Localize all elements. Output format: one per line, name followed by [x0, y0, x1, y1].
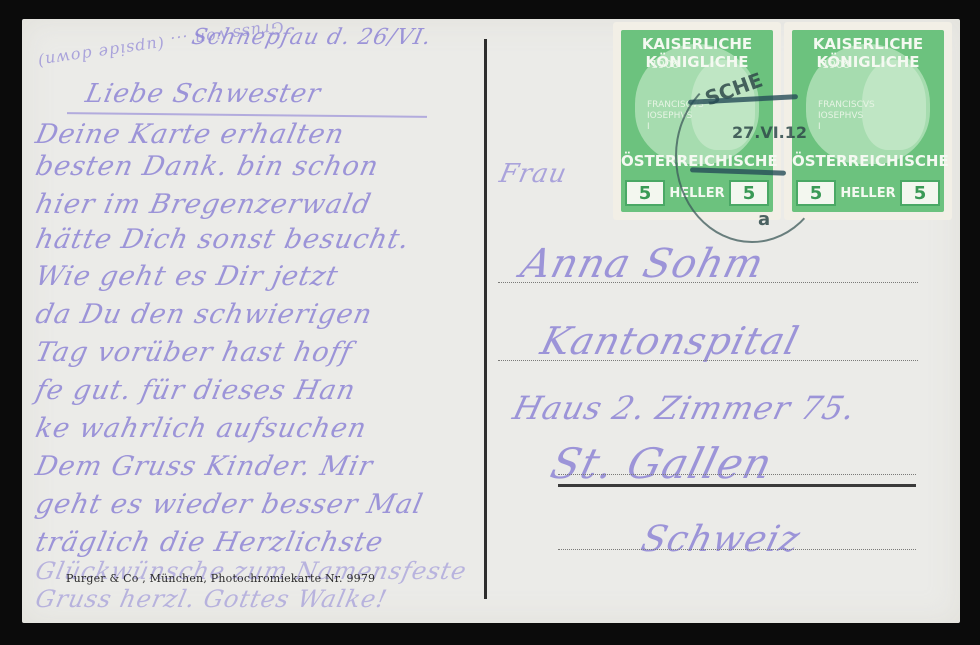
address-name: Anna Sohm: [516, 241, 769, 287]
address-line-4: [558, 549, 916, 550]
stamp-year: 1908: [822, 58, 850, 71]
message-line: ke wahrlich aufsuchen: [33, 413, 370, 444]
address-solid-line: [558, 484, 916, 487]
dateline: Schnepfau d. 26/VI.: [189, 25, 434, 50]
message-line: besten Dank. bin schon: [33, 151, 382, 182]
address-line1-text: Kantonspital: [537, 319, 804, 363]
address-city: St. Gallen: [546, 439, 778, 488]
message-line: Deine Karte erhalten: [33, 119, 348, 150]
message-line: geht es wieder besser Mal: [33, 489, 426, 520]
message-line: hätte Dich sonst besucht.: [33, 224, 413, 255]
address-country: Schweiz: [637, 519, 805, 560]
message-line: da Du den schwierigen: [33, 299, 376, 330]
address-line2-text: Haus 2. Zimmer 75.: [509, 389, 860, 427]
greeting-underline: [67, 112, 427, 118]
message-line: träglich die Herzlichste: [33, 527, 387, 558]
message-line: Tag vorüber hast hoff: [33, 337, 355, 368]
message-line: fe gut. für dieses Han: [33, 375, 359, 406]
greeting: Liebe Schwester: [83, 79, 324, 109]
stamp-year: 1908: [651, 58, 679, 71]
message-line: Wie geht es Dir jetzt: [33, 261, 342, 292]
postmark-suffix: a: [758, 209, 770, 230]
postcard: Gruss von ... (upside down) Schnepfau d.…: [22, 19, 960, 623]
address-line-2: [498, 360, 918, 361]
stamp-denomination: HELLER: [840, 180, 896, 206]
stamp-ring-text: KAISERLICHE KÖNIGLICHE: [792, 35, 944, 71]
center-divider: [484, 39, 487, 599]
postmark-date: 27.VI.12: [732, 123, 807, 142]
address-line-1: [498, 282, 918, 283]
address-line-3: [558, 474, 916, 475]
stamp-value-left: 5: [625, 180, 665, 206]
message-line: Dem Gruss Kinder. Mir: [33, 451, 376, 482]
address-salutation: Frau: [497, 159, 570, 189]
printer-imprint: Purger & Co , München, Photochromiekarte…: [66, 572, 375, 585]
stamp-value-right: 5: [900, 180, 940, 206]
message-line: Gruss herzl. Gottes Walke!: [33, 585, 390, 613]
stamp-ring-text: KAISERLICHE KÖNIGLICHE: [621, 35, 773, 71]
message-line: hier im Bregenzerwald: [33, 189, 375, 220]
